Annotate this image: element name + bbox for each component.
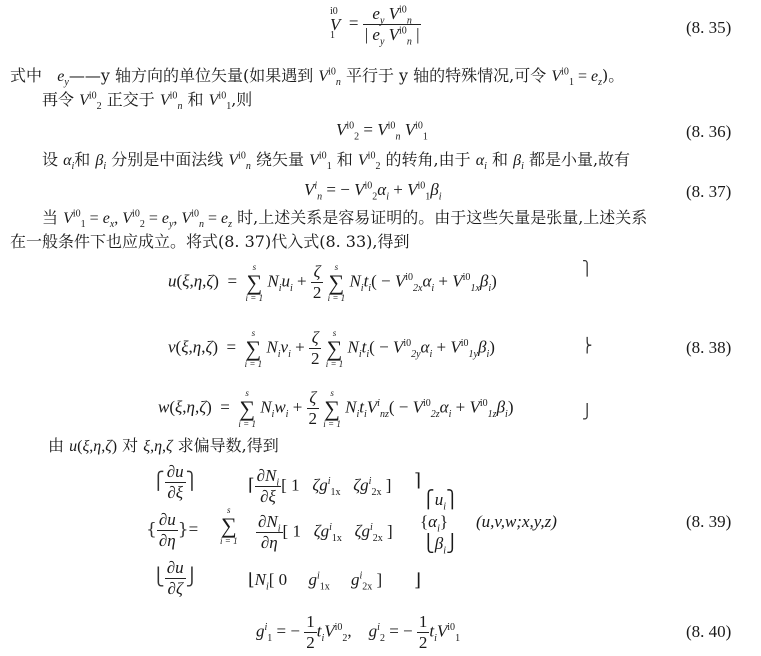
paragraph-tensor: 当 Vi01 = ex, Vi02 = ey, Vi0n = ez 时,上述关系… xyxy=(42,208,647,229)
paragraph-orthogonal: 再令 Vi02 正交于 Vi0n 和 Vi01,则 xyxy=(42,90,252,111)
equation-8-38-v: v(ξ,η,ζ) = s∑i = 1 Nivi + ζ2 s∑i = 1 Nit… xyxy=(168,328,495,369)
right-brace: ⎫ xyxy=(582,262,593,276)
equation-number-8-40: (8. 40) xyxy=(686,622,731,642)
equation-8-36: Vi02 = Vi0n Vi01 xyxy=(336,120,428,140)
paragraph-partial-derivatives: 由 u(ξ,η,ζ) 对 ξ,η,ζ 求偏导数,得到 xyxy=(48,436,279,457)
paragraph-rotation-angles: 设 αi和 βi 分别是中面法线 Vi0n 绕矢量 Vi01 和 Vi02 的转… xyxy=(42,150,630,171)
equation-8-39-components: (u,v,w;x,y,z) xyxy=(476,512,557,532)
equation-8-37: Vin = − Vi02αi + Vi01βi xyxy=(304,180,442,200)
equation-number-8-38: (8. 38) xyxy=(686,338,731,358)
equation-number-8-35: (8. 35) xyxy=(686,18,731,38)
paragraph-tensor-line2: 在一般条件下也应成立。将式(8. 37)代入式(8. 33),得到 xyxy=(10,232,409,252)
equation-number-8-39: (8. 39) xyxy=(686,512,731,532)
where-clause: 式中 ey——y 轴方向的单位矢量(如果遇到 Vi0n 平行于 y 轴的特殊情况… xyxy=(10,66,624,87)
equation-8-38-u: u(ξ,η,ζ) = s∑i = 1 Niui + ζ2 s∑i = 1 Nit… xyxy=(168,262,497,303)
equation-8-38-w: w(ξ,η,ζ) = s∑i = 1 Niwi + ζ2 s∑i = 1 Nit… xyxy=(158,388,513,429)
right-brace-bot: ⎭ xyxy=(582,404,593,420)
equation-8-35: Vi01 = ey Vi0n | ey Vi0n | xyxy=(330,4,421,45)
equation-8-39: ⎧∂u∂ξ⎫ {∂u∂η}= ⎩∂u∂ζ⎭ s∑i = 1 ⌈∂Ni∂ξ[ 1 … xyxy=(152,462,452,602)
equation-number-8-37: (8. 37) xyxy=(686,182,731,202)
right-brace-mid: ⎬ xyxy=(582,338,593,354)
equation-8-40: gi1 = − 12tiVi02, gi2 = − 12tiVi01 xyxy=(256,612,460,653)
equation-number-8-36: (8. 36) xyxy=(686,122,731,142)
